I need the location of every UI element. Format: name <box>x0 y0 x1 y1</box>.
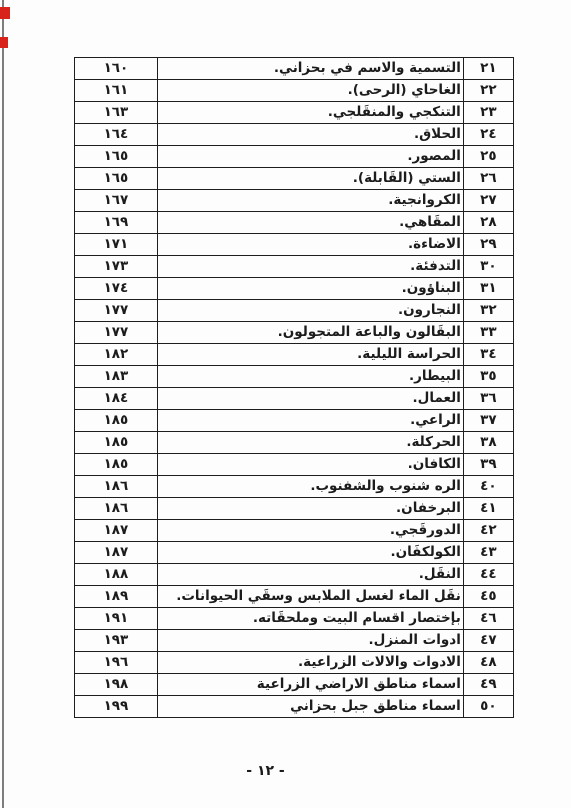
toc-row: ٢١ التسمية والاسم في بحزاني. ١٦٠ <box>75 58 514 80</box>
entry-number-cell: ٣٧ <box>463 410 513 432</box>
entry-title-cell: التنكجي والمنقَلجي. <box>157 102 463 124</box>
page-number-cell: ١٩٣ <box>75 630 158 652</box>
entry-number-cell: ٣٣ <box>463 322 513 344</box>
page-number-cell: ١٨٢ <box>75 344 158 366</box>
page-number-cell: ١٨٩ <box>75 586 158 608</box>
entry-number-cell: ٣٢ <box>463 300 513 322</box>
entry-title-cell: اسماء مناطق الاراضي الزراعية <box>157 674 463 696</box>
page-number-cell: ١٨٦ <box>75 476 158 498</box>
page-number-cell: ١٩٩ <box>75 696 158 718</box>
toc-row: ٤٥ نقَل الماء لغسل الملابس وسقَي الحيوان… <box>75 586 514 608</box>
entry-title-cell: البيطار. <box>157 366 463 388</box>
page-number-cell: ١٨٨ <box>75 564 158 586</box>
page-number-cell: ١٩٨ <box>75 674 158 696</box>
toc-row: ٣١ البناؤون. ١٧٤ <box>75 278 514 300</box>
entry-title-cell: المصور. <box>157 146 463 168</box>
toc-row: ٣٤ الحراسة الليلية. ١٨٢ <box>75 344 514 366</box>
toc-row: ٢٨ المقَاهي. ١٦٩ <box>75 212 514 234</box>
page-number-cell: ١٧٧ <box>75 322 158 344</box>
toc-row: ٤٣ الكولكفَان. ١٨٧ <box>75 542 514 564</box>
entry-number-cell: ٢٦ <box>463 168 513 190</box>
toc-row: ٣٧ الراعي. ١٨٥ <box>75 410 514 432</box>
entry-title-cell: الدورقَجي. <box>157 520 463 542</box>
entry-title-cell: الره شنوب والشفنوب. <box>157 476 463 498</box>
page-number-cell: ١٨٦ <box>75 498 158 520</box>
entry-title-cell: العمال. <box>157 388 463 410</box>
entry-title-cell: النجارون. <box>157 300 463 322</box>
entry-title-cell: الادوات والالات الزراعية. <box>157 652 463 674</box>
table-of-contents: ٢١ التسمية والاسم في بحزاني. ١٦٠ ٢٢ الغا… <box>74 57 514 718</box>
scan-edge-line <box>2 0 4 808</box>
page-number-cell: ١٦١ <box>75 80 158 102</box>
page-number-cell: ١٦٥ <box>75 168 158 190</box>
page-number-cell: ١٧١ <box>75 234 158 256</box>
entry-title-cell: الحلاق. <box>157 124 463 146</box>
toc-body: ٢١ التسمية والاسم في بحزاني. ١٦٠ ٢٢ الغا… <box>75 58 514 718</box>
page-number-cell: ١٨٥ <box>75 454 158 476</box>
entry-number-cell: ٤٧ <box>463 630 513 652</box>
entry-number-cell: ٢١ <box>463 58 513 80</box>
entry-title-cell: البناؤون. <box>157 278 463 300</box>
entry-number-cell: ٤٢ <box>463 520 513 542</box>
red-edge-mark <box>0 7 10 19</box>
page-number-cell: ١٨٥ <box>75 410 158 432</box>
page-number-cell: ١٧٧ <box>75 300 158 322</box>
toc-row: ٣٥ البيطار. ١٨٣ <box>75 366 514 388</box>
toc-row: ٤٦ بإختصار اقسام البيت وملحقَاته. ١٩١ <box>75 608 514 630</box>
entry-number-cell: ٣٠ <box>463 256 513 278</box>
toc-row: ٥٠ اسماء مناطق جبل بحزاني ١٩٩ <box>75 696 514 718</box>
toc-row: ٣٩ الكافان. ١٨٥ <box>75 454 514 476</box>
page-number-cell: ١٨٤ <box>75 388 158 410</box>
toc-row: ٢٢ الغاحاي (الرحى). ١٦١ <box>75 80 514 102</box>
entry-number-cell: ٤١ <box>463 498 513 520</box>
entry-title-cell: الكولكفَان. <box>157 542 463 564</box>
entry-number-cell: ٤٠ <box>463 476 513 498</box>
page-number-cell: ١٦٤ <box>75 124 158 146</box>
toc-row: ٢٥ المصور. ١٦٥ <box>75 146 514 168</box>
entry-number-cell: ٣٩ <box>463 454 513 476</box>
page-number-cell: ١٩١ <box>75 608 158 630</box>
entry-title-cell: البرخفان. <box>157 498 463 520</box>
toc-row: ٤١ البرخفان. ١٨٦ <box>75 498 514 520</box>
entry-title-cell: الحراسة الليلية. <box>157 344 463 366</box>
toc-row: ٢٤ الحلاق. ١٦٤ <box>75 124 514 146</box>
footer-page-number: - ١٢ - <box>0 763 531 779</box>
toc-row: ٤٨ الادوات والالات الزراعية. ١٩٦ <box>75 652 514 674</box>
entry-title-cell: التسمية والاسم في بحزاني. <box>157 58 463 80</box>
page-number-cell: ١٨٥ <box>75 432 158 454</box>
entry-title-cell: الراعي. <box>157 410 463 432</box>
toc-row: ٣٠ التدفئة. ١٧٣ <box>75 256 514 278</box>
entry-number-cell: ٥٠ <box>463 696 513 718</box>
toc-row: ٣٨ الحركلة. ١٨٥ <box>75 432 514 454</box>
toc-row: ٣٣ البقَالون والباعة المتجولون. ١٧٧ <box>75 322 514 344</box>
toc-row: ٤٤ النقَل. ١٨٨ <box>75 564 514 586</box>
entry-number-cell: ٢٢ <box>463 80 513 102</box>
entry-number-cell: ٢٩ <box>463 234 513 256</box>
entry-number-cell: ٢٤ <box>463 124 513 146</box>
entry-number-cell: ٣٨ <box>463 432 513 454</box>
entry-number-cell: ٣٥ <box>463 366 513 388</box>
entry-title-cell: الاضاءة. <box>157 234 463 256</box>
entry-title-cell: ادوات المنزل. <box>157 630 463 652</box>
toc-row: ٣٢ النجارون. ١٧٧ <box>75 300 514 322</box>
page-number-cell: ١٨٧ <box>75 520 158 542</box>
entry-number-cell: ٢٧ <box>463 190 513 212</box>
toc-row: ٤٢ الدورقَجي. ١٨٧ <box>75 520 514 542</box>
entry-title-cell: التدفئة. <box>157 256 463 278</box>
toc-row: ٢٩ الاضاءة. ١٧١ <box>75 234 514 256</box>
entry-number-cell: ٤٨ <box>463 652 513 674</box>
toc-row: ٤٧ ادوات المنزل. ١٩٣ <box>75 630 514 652</box>
toc-row: ٤٠ الره شنوب والشفنوب. ١٨٦ <box>75 476 514 498</box>
entry-number-cell: ٢٨ <box>463 212 513 234</box>
entry-title-cell: الكروانجية. <box>157 190 463 212</box>
page-number-cell: ١٨٣ <box>75 366 158 388</box>
entry-title-cell: نقَل الماء لغسل الملابس وسقَي الحيوانات. <box>157 586 463 608</box>
entry-title-cell: اسماء مناطق جبل بحزاني <box>157 696 463 718</box>
entry-number-cell: ٣٤ <box>463 344 513 366</box>
toc-row: ٢٦ الستي (القَابلة). ١٦٥ <box>75 168 514 190</box>
entry-number-cell: ٤٥ <box>463 586 513 608</box>
entry-number-cell: ٤٦ <box>463 608 513 630</box>
page-number-cell: ١٧٤ <box>75 278 158 300</box>
entry-title-cell: النقَل. <box>157 564 463 586</box>
page-number-cell: ١٨٧ <box>75 542 158 564</box>
entry-number-cell: ٢٥ <box>463 146 513 168</box>
page-number-cell: ١٦٣ <box>75 102 158 124</box>
entry-title-cell: الحركلة. <box>157 432 463 454</box>
entry-number-cell: ٤٩ <box>463 674 513 696</box>
entry-number-cell: ٤٣ <box>463 542 513 564</box>
entry-number-cell: ٤٤ <box>463 564 513 586</box>
entry-title-cell: بإختصار اقسام البيت وملحقَاته. <box>157 608 463 630</box>
entry-number-cell: ٣١ <box>463 278 513 300</box>
page-number-cell: ١٩٦ <box>75 652 158 674</box>
entry-number-cell: ٣٦ <box>463 388 513 410</box>
entry-title-cell: البقَالون والباعة المتجولون. <box>157 322 463 344</box>
page-number-cell: ١٦٠ <box>75 58 158 80</box>
page-number-cell: ١٦٧ <box>75 190 158 212</box>
page-number-cell: ١٦٥ <box>75 146 158 168</box>
page-number-cell: ١٧٣ <box>75 256 158 278</box>
red-edge-mark <box>0 37 8 48</box>
toc-row: ٤٩ اسماء مناطق الاراضي الزراعية ١٩٨ <box>75 674 514 696</box>
entry-title-cell: المقَاهي. <box>157 212 463 234</box>
toc-row: ٣٦ العمال. ١٨٤ <box>75 388 514 410</box>
page-number-cell: ١٦٩ <box>75 212 158 234</box>
entry-title-cell: الستي (القَابلة). <box>157 168 463 190</box>
toc-row: ٢٣ التنكجي والمنقَلجي. ١٦٣ <box>75 102 514 124</box>
entry-title-cell: الكافان. <box>157 454 463 476</box>
entry-title-cell: الغاحاي (الرحى). <box>157 80 463 102</box>
entry-number-cell: ٢٣ <box>463 102 513 124</box>
toc-row: ٢٧ الكروانجية. ١٦٧ <box>75 190 514 212</box>
